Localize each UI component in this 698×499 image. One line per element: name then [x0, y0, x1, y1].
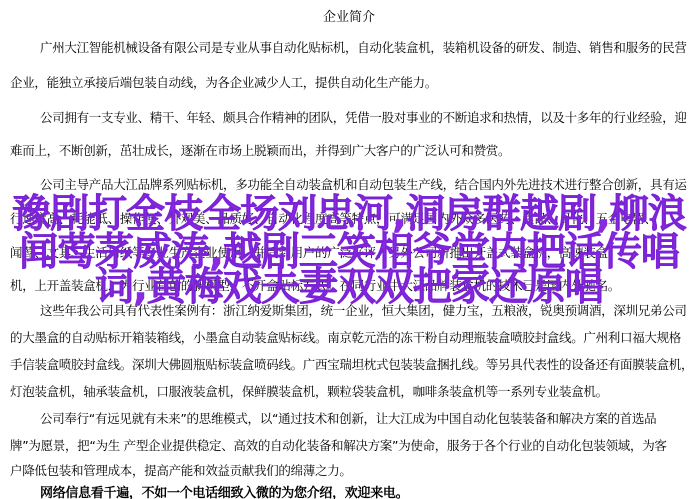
- paragraph-line: 灯泡装盒机，轴承装盒机，口服液装盒机，保鲜膜装盒机，颗粒袋装盒机，咖啡条装盒机等…: [10, 382, 608, 400]
- closing-line: 网络信息看千遍，不如一个电话细致入微的为您介绍，欢迎来电。: [40, 482, 408, 499]
- paragraph-line: 广州大江智能机械设备有限公司是专业从事自动化贴标机，自动化装盒机，装箱机设备的研…: [40, 38, 687, 56]
- paragraph-line: 牌”为愿景，把“为生 产型企业提供稳定、高效的自动化装备和解决方案”为使命，服务…: [10, 436, 667, 454]
- paragraph-line: 公司奉行“有远见就有未来”的思维模式，以“通过技术和创新，让大江成为中国自动化包…: [40, 409, 656, 427]
- paragraph-line: 公司主导产品大江品牌系列贴标机，多功能全自动装盒机和自动包装生产线，结合国内外先…: [40, 175, 687, 193]
- paragraph-line: 公司拥有一支专业、精干、年轻、颇具合作精神的团队，凭借一股对事业的不断追求和热情…: [40, 108, 687, 126]
- page-title: 企业简介: [0, 6, 698, 25]
- overlay-caption-line: 词,黄梅戏夫妻双双把家还原唱: [0, 268, 698, 307]
- paragraph-line: 户降低包装和管理成本，提高产能和效益贡献我们的绵薄之力。: [10, 461, 352, 479]
- paragraph-line: 手信装盒喷胶封盒线。深圳大佛圆瓶贴标装盒喷码线。广西宝瑞坦枕式包装装盒捆扎线。等…: [10, 355, 693, 373]
- overlay-caption-line: 豫剧打金枝全场刘忠河,洞房群越剧,柳浪: [0, 195, 698, 234]
- paragraph-line: 的大墨盒的自动贴标开箱装箱线，小墨盒自动装盒贴标线。南京乾元浩的冻干粉自动理瓶装…: [10, 328, 681, 346]
- paragraph-line: 难而上，不断创新，茁壮成长，逐渐在市场上脱颖而出，并得到广大客户的广泛认可和赞赏…: [10, 141, 510, 159]
- paragraph-line: 企业，能独立承接后端包装自动线，为各企业减少人工，提供自动化生产能力。: [10, 73, 437, 91]
